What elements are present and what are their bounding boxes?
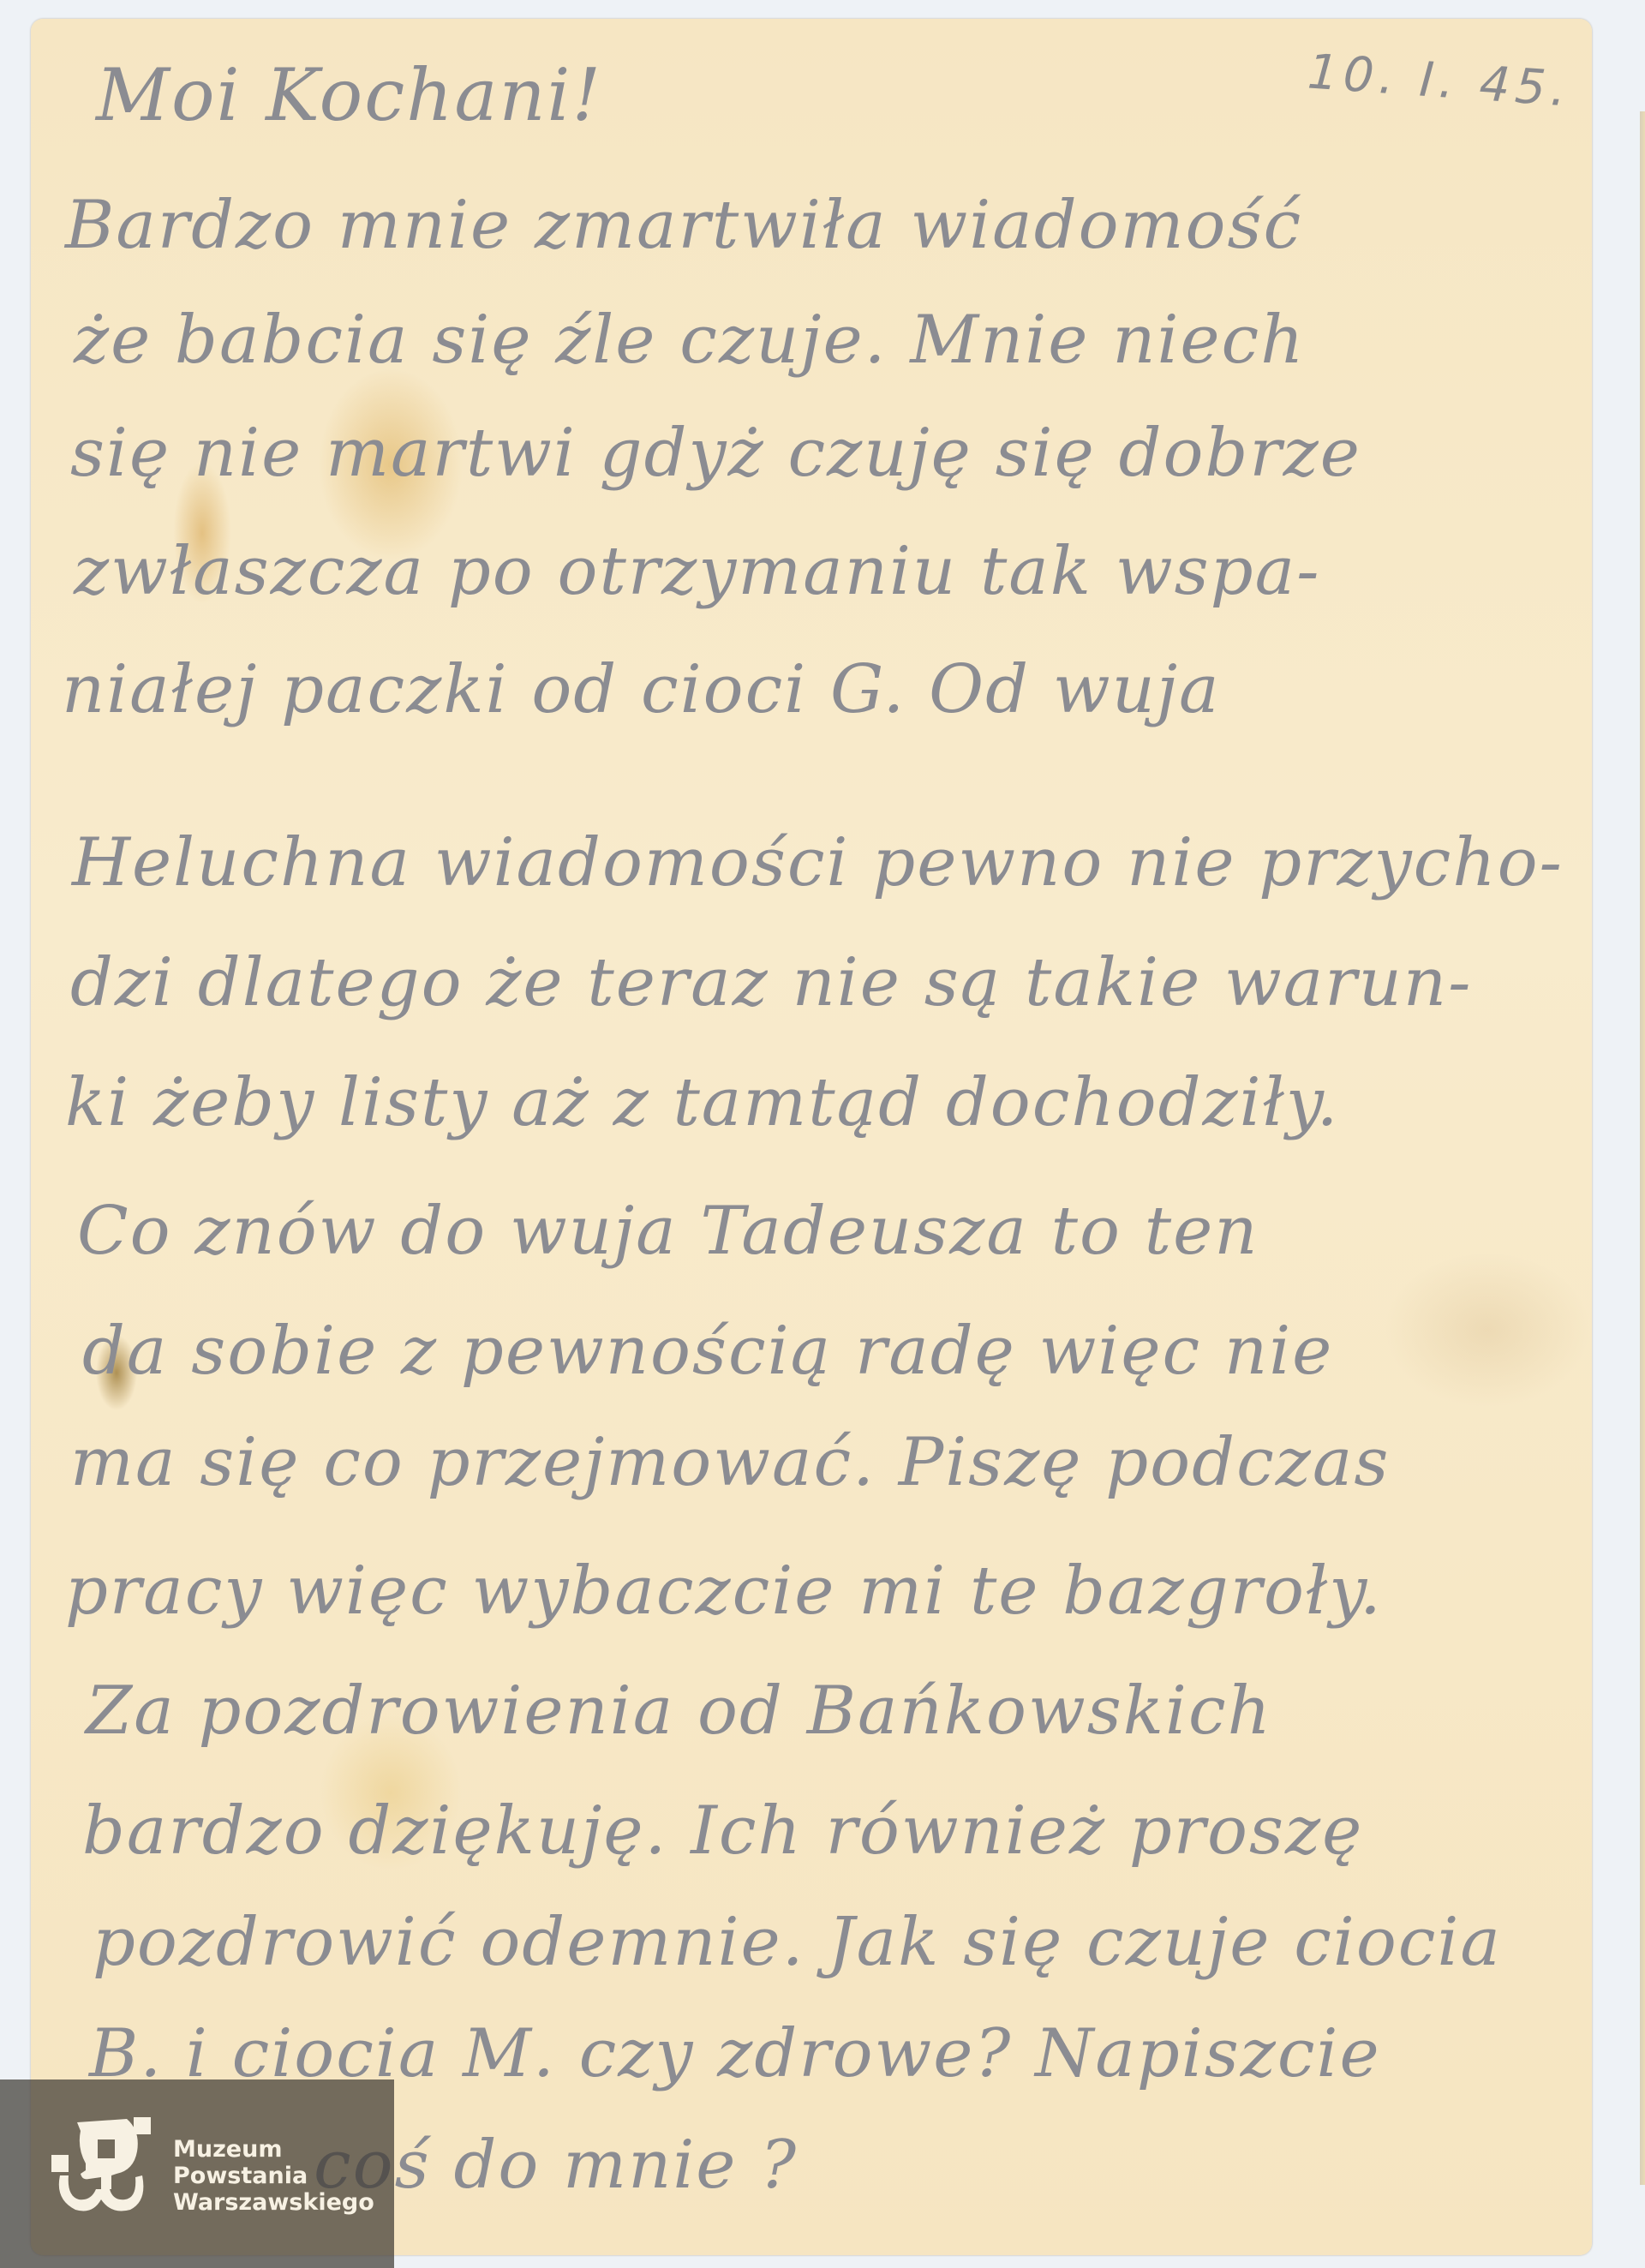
museum-watermark: Muzeum Powstania Warszawskiego	[0, 2079, 394, 2268]
adjacent-card-edge	[1640, 111, 1645, 2185]
letter-line-4: zwłaszcza po otrzymaniu tak wspa-	[74, 533, 1320, 610]
letter-line-13: Za pozdrowienia od Bańkowskich	[86, 1673, 1272, 1750]
letter-line-5: niałej paczki od cioci G. Od wuja	[62, 651, 1221, 728]
letter-line-6: Heluchna wiadomości pewno nie przycho-	[72, 824, 1564, 901]
letter-line-10: da sobie z pewnością radę więc nie	[82, 1313, 1333, 1390]
letter-greeting: Moi Kochani!	[96, 53, 602, 137]
museum-name: Muzeum Powstania Warszawskiego	[173, 2136, 374, 2216]
letter-line-7: dzi dlatego że teraz nie są takie warun-	[70, 944, 1472, 1021]
letter-line-11: ma się co przejmować. Piszę podczas	[70, 1424, 1390, 1501]
museum-name-line-2: Powstania	[173, 2163, 374, 2189]
kotwica-anchor-icon	[51, 2114, 154, 2217]
letter-line-3: się nie martwi gdyż czuję się dobrze	[70, 415, 1361, 492]
letter-line-8: ki żeby listy aż z tamtąd dochodziły.	[65, 1064, 1339, 1141]
letter-line-9: Co znów do wuja Tadeusza to ten	[77, 1193, 1259, 1270]
postcard: 10. I. 45. Moi Kochani! Bardzo mnie zmar…	[31, 19, 1592, 2255]
letter-date: 10. I. 45.	[1306, 44, 1573, 117]
museum-name-line-1: Muzeum	[173, 2136, 374, 2163]
museum-name-line-3: Warszawskiego	[173, 2189, 374, 2216]
letter-line-1: Bardzo mnie zmartwiła wiadomość	[65, 187, 1302, 264]
letter-line-12: pracy więc wybaczcie mi te bazgroły.	[65, 1553, 1383, 1630]
letter-line-14: bardzo dziękuję. Ich również proszę	[82, 1792, 1363, 1870]
letter-line-15: pozdrowić odemnie. Jak się czuje ciocia	[93, 1904, 1502, 1981]
letter-line-2: że babcia się źle czuje. Mnie niech	[74, 302, 1305, 379]
